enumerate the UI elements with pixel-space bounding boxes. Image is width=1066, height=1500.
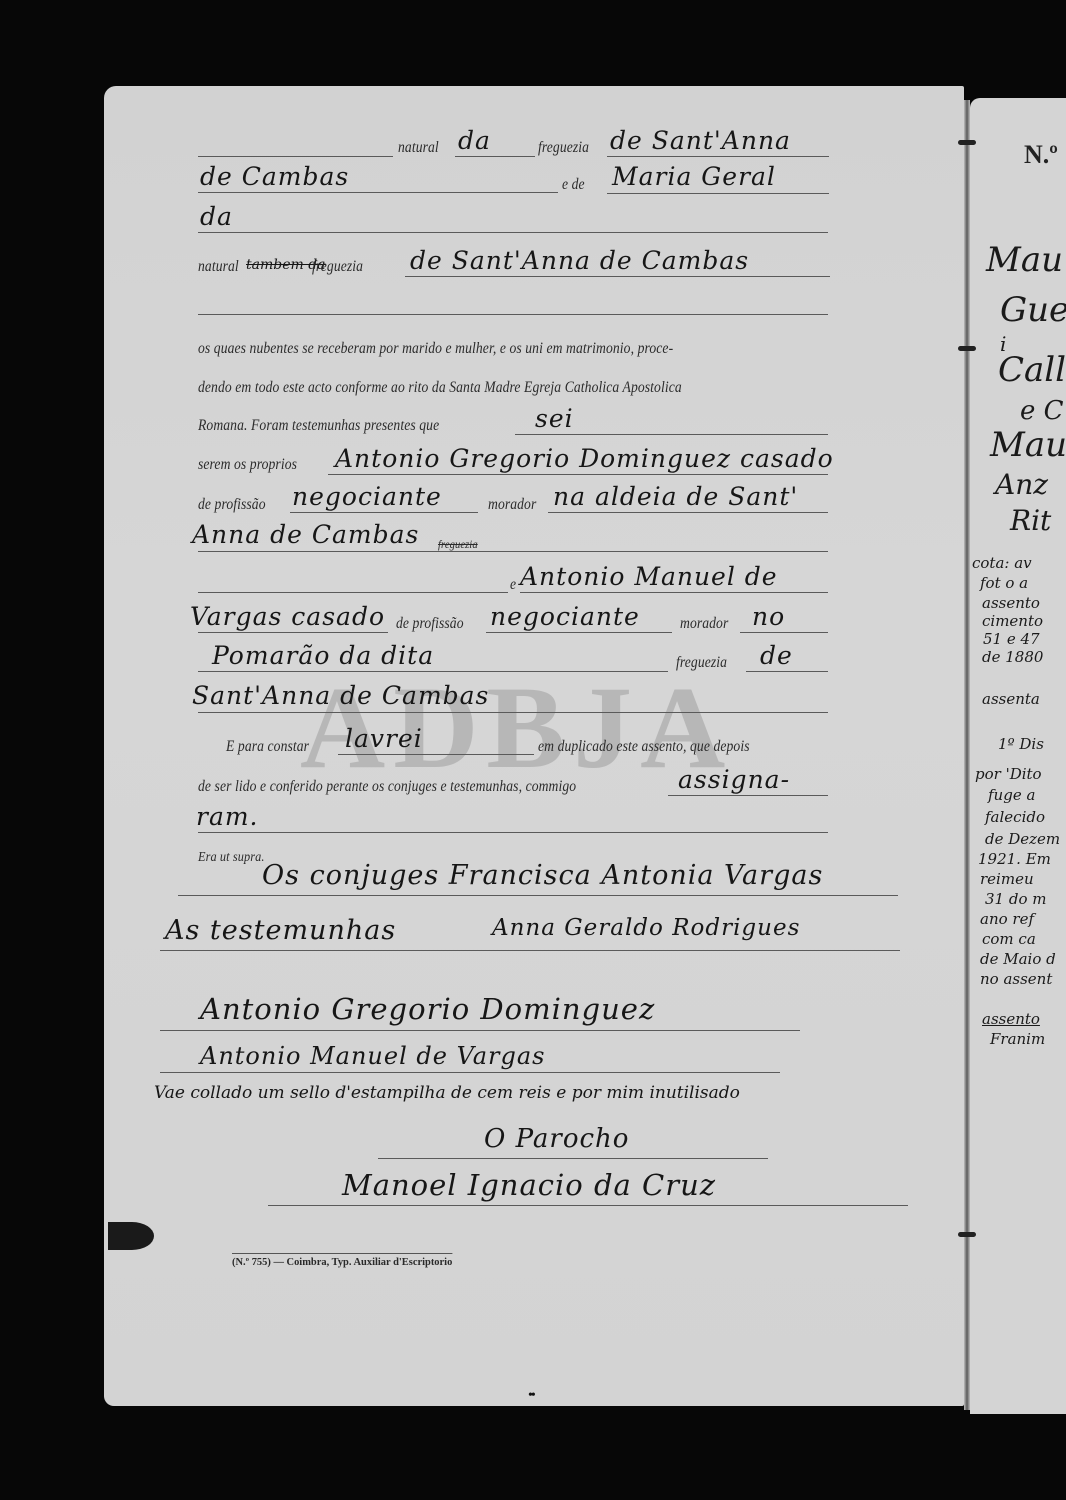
margin-note-line: com ca <box>982 930 1036 948</box>
book-spine <box>964 100 970 1410</box>
right-page-name: e C <box>1020 396 1064 426</box>
label-freguezia-2: freguezia <box>312 258 363 276</box>
field-witness1-profession: negociante <box>292 482 442 511</box>
label-serem-os-proprios: serem os proprios <box>198 456 297 474</box>
label-para-constar: E para constar <box>226 738 309 756</box>
staple-icon <box>958 140 976 145</box>
margin-note-line: 51 e 47 <box>983 630 1040 648</box>
label-morador-2: morador <box>680 615 728 633</box>
field-witness2-residence: no <box>752 602 785 631</box>
label-natural-2: natural <box>198 258 239 276</box>
margin-note-line: 1921. Em <box>978 850 1051 868</box>
text-para1-line2: dendo em todo este acto conforme ao rito… <box>198 379 682 397</box>
label-profissao-2: de profissão <box>396 615 464 633</box>
margin-note-line: ano ref <box>980 910 1034 928</box>
margin-note-line: assenta <box>982 690 1040 708</box>
right-page-name: Anz <box>995 468 1048 501</box>
margin-note-line: reimeu <box>980 870 1034 888</box>
right-page-name: Call <box>998 350 1066 390</box>
label-freguezia-struck: freguezia <box>438 537 478 552</box>
label-morador: morador <box>488 496 536 514</box>
label-freguezia-3: freguezia <box>676 654 727 672</box>
margin-note-line: de Dezem <box>985 830 1060 848</box>
margin-note-line: no assent <box>980 970 1052 988</box>
text-duplicado: em duplicado este assento, que depois <box>538 738 750 756</box>
field-witness1-residence: na aldeia de Sant' <box>553 482 798 511</box>
margin-note-line: cota: av <box>972 554 1032 572</box>
field-witness2-profession: negociante <box>490 602 640 631</box>
label-witnesses: As testemunhas <box>165 915 396 946</box>
right-page-name: Rit <box>1010 504 1051 537</box>
field-witness2-parish: de <box>760 641 793 670</box>
field-freguezia-2: de Sant'Anna de Cambas <box>410 246 749 275</box>
field-witness1-residence-cont: Anna de Cambas <box>192 520 419 549</box>
margin-note-line: Franim <box>990 1030 1045 1048</box>
printer-imprint: (N.º 755) — Coimbra, Typ. Auxiliar d'Esc… <box>232 1253 452 1268</box>
right-page-name: Mau <box>990 425 1066 465</box>
field-lavrei: lavrei <box>345 724 423 753</box>
right-page-name: Mau <box>986 240 1063 280</box>
field-mother-name: Maria Geral <box>612 162 776 191</box>
label-profissao: de profissão <box>198 496 266 514</box>
margin-note-line: 1º Dis <box>998 735 1044 753</box>
margin-note-line: assento <box>982 594 1040 612</box>
field-witness2-residence-cont: Pomarão da dita <box>212 641 434 670</box>
margin-note-line: fot o a <box>980 574 1028 592</box>
text-conferido: de ser lido e conferido perante os conju… <box>198 778 576 796</box>
field-witness2-parish-cont: Sant'Anna de Cambas <box>192 681 489 710</box>
field-sei: sei <box>535 404 574 433</box>
right-page-name: Guer <box>1000 290 1066 330</box>
field-freguezia: de Sant'Anna <box>610 126 791 155</box>
field-assignaram-cont: ram. <box>196 802 259 831</box>
field-parish-cont: de Cambas <box>200 162 349 191</box>
label-natural: natural <box>398 139 439 157</box>
signature-witness-anna: Anna Geraldo Rodrigues <box>492 915 800 941</box>
field-mother-name-cont: da <box>200 202 233 231</box>
signature-spouses: Os conjuges Francisca Antonia Vargas <box>262 860 823 891</box>
margin-note-line: falecido <box>985 808 1045 826</box>
text-para1-line1: os quaes nubentes se receberam por marid… <box>198 340 673 358</box>
text-priest-title: O Parocho <box>484 1124 629 1154</box>
margin-note-line: de 1880 <box>982 648 1043 666</box>
field-witness1-name: Antonio Gregorio Dominguez casado <box>335 444 834 473</box>
label-freguezia: freguezia <box>538 139 589 157</box>
signature-priest: Manoel Ignacio da Cruz <box>342 1168 716 1202</box>
field-natural-da: da <box>458 126 491 155</box>
signature-witness-antonio-manuel: Antonio Manuel de Vargas <box>200 1042 546 1070</box>
label-e: e <box>510 576 516 594</box>
bookmark-ribbon <box>108 1222 154 1250</box>
margin-note-line: por 'Dito <box>975 765 1042 783</box>
margin-note-line: 31 do m <box>985 890 1046 908</box>
staple-icon <box>958 346 976 351</box>
field-witness2-name: Antonio Manuel de <box>520 562 778 591</box>
text-para1-line3: Romana. Foram testemunhas presentes que <box>198 417 439 435</box>
staple-icon <box>958 1232 976 1237</box>
margin-note-line: cimento <box>982 612 1043 630</box>
text-stamp-note: Vae collado um sello d'estampilha de cem… <box>154 1083 740 1103</box>
text-era-ut-supra: Era ut supra. <box>198 850 265 866</box>
margin-note-line: fuge a <box>988 786 1035 804</box>
margin-note-line: de Maio d <box>980 950 1056 968</box>
page-mark: •• <box>528 1388 534 1404</box>
margin-note-line: assento <box>982 1010 1040 1028</box>
field-witness2-name-cont: Vargas casado <box>190 602 385 631</box>
right-page-number-label: N.º <box>1024 140 1058 170</box>
field-assignaram: assigna- <box>678 765 790 794</box>
label-e-de: e de <box>562 176 585 194</box>
signature-witness-antonio-gregorio: Antonio Gregorio Dominguez <box>200 992 655 1026</box>
